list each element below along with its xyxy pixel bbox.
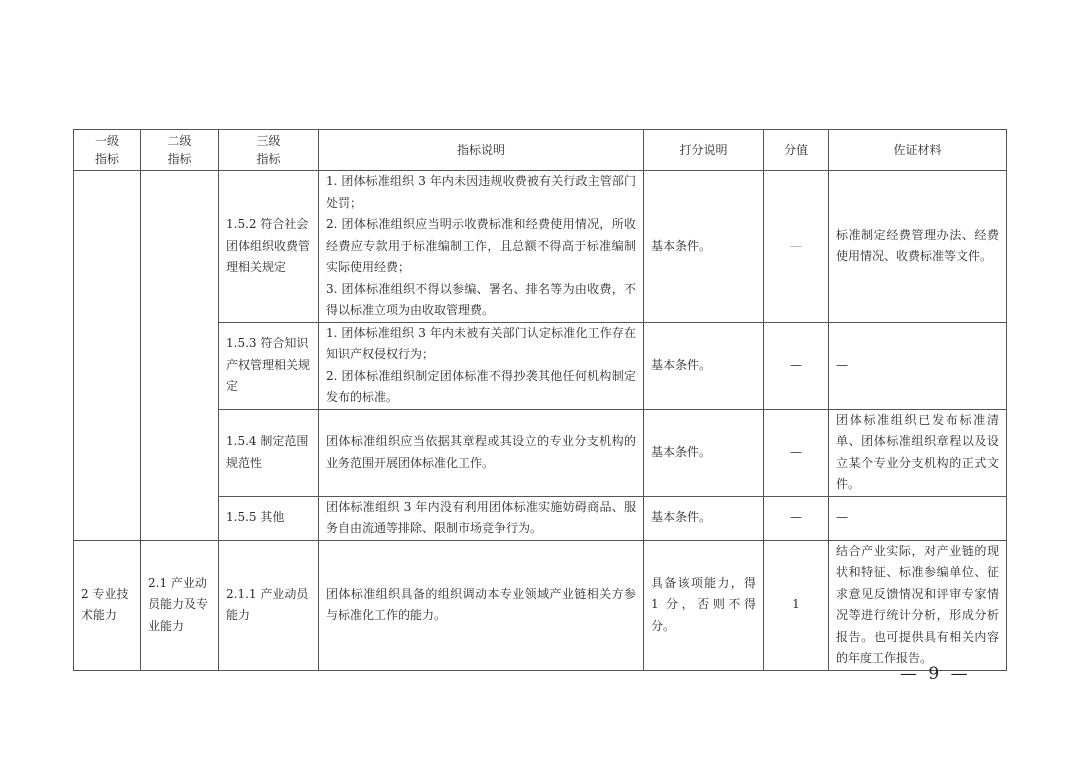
header-description: 指标说明 <box>319 130 644 171</box>
level3-cell: 1.5.5 其他 <box>219 496 319 540</box>
description-line: 1. 团体标准组织 3 年内未被有关部门认定标准化工作存在知识产权侵权行为； <box>326 323 636 366</box>
description-line: 1. 团体标准组织 3 年内未因违规收费被有关行政主管部门处罚； <box>326 171 636 214</box>
description-line: 团体标准组织具备的组织调动本专业领域产业链相关方参与标准化工作的能力。 <box>326 584 636 627</box>
evidence-cell: 标准制定经费管理办法、经费使用情况、收费标准等文件。 <box>829 171 1007 323</box>
table-row: 2 专业技术能力 2.1 产业动员能力及专业能力 2.1.1 产业动员能力 团体… <box>74 540 1007 670</box>
header-scoring: 打分说明 <box>644 130 764 171</box>
header-score: 分值 <box>764 130 829 171</box>
evidence-cell: 结合产业实际，对产业链的现状和特征、标准参编单位、征求意见反馈情况和评审专家情况… <box>829 540 1007 670</box>
level3-cell: 1.5.2 符合社会团体组织收费管理相关规定 <box>219 171 319 323</box>
header-level1: 一级指标 <box>74 130 141 171</box>
description-line: 3. 团体标准组织不得以参编、署名、排名等为由收费，不得以标准立项为由收取管理费… <box>326 279 636 322</box>
score-cell: — <box>764 322 829 409</box>
header-level2: 二级指标 <box>141 130 219 171</box>
score-cell: — <box>764 496 829 540</box>
description-cell: 1. 团体标准组织 3 年内未被有关部门认定标准化工作存在知识产权侵权行为； 2… <box>319 322 644 409</box>
level3-cell: 2.1.1 产业动员能力 <box>219 540 319 670</box>
table-header-row: 一级指标 二级指标 三级指标 指标说明 打分说明 分值 佐证材料 <box>74 130 1007 171</box>
header-level3: 三级指标 <box>219 130 319 171</box>
description-cell: 1. 团体标准组织 3 年内未因违规收费被有关行政主管部门处罚； 2. 团体标准… <box>319 171 644 323</box>
score-cell: 1 <box>764 540 829 670</box>
evidence-cell: — <box>829 322 1007 409</box>
evidence-cell: — <box>829 496 1007 540</box>
scoring-cell: 基本条件。 <box>644 322 764 409</box>
score-cell: — <box>764 171 829 323</box>
scoring-cell: 基本条件。 <box>644 496 764 540</box>
evidence-cell: 团体标准组织已发布标准清单、团体标准组织章程以及设立某个专业分支机构的正式文件。 <box>829 409 1007 496</box>
level3-cell: 1.5.3 符合知识产权管理相关规定 <box>219 322 319 409</box>
score-cell: — <box>764 409 829 496</box>
table-row: 1.5.2 符合社会团体组织收费管理相关规定 1. 团体标准组织 3 年内未因违… <box>74 171 1007 323</box>
description-cell: 团体标准组织应当依据其章程或其设立的专业分支机构的业务范围开展团体标准化工作。 <box>319 409 644 496</box>
scoring-cell: 基本条件。 <box>644 409 764 496</box>
description-line: 2. 团体标准组织应当明示收费标准和经费使用情况，所收经费应专款用于标准编制工作… <box>326 214 636 279</box>
level1-cell <box>74 171 141 541</box>
level1-cell: 2 专业技术能力 <box>74 540 141 670</box>
description-line: 团体标准组织 3 年内没有利用团体标准实施妨碍商品、服务自由流通等排除、限制市场… <box>326 497 636 540</box>
description-line: 2. 团体标准组织制定团体标准不得抄袭其他任何机构制定发布的标准。 <box>326 366 636 409</box>
description-cell: 团体标准组织 3 年内没有利用团体标准实施妨碍商品、服务自由流通等排除、限制市场… <box>319 496 644 540</box>
description-cell: 团体标准组织具备的组织调动本专业领域产业链相关方参与标准化工作的能力。 <box>319 540 644 670</box>
scoring-cell: 具备该项能力，得 1 分，否则不得分。 <box>644 540 764 670</box>
header-evidence: 佐证材料 <box>829 130 1007 171</box>
level3-cell: 1.5.4 制定范围规范性 <box>219 409 319 496</box>
level2-cell: 2.1 产业动员能力及专业能力 <box>141 540 219 670</box>
level2-cell <box>141 171 219 541</box>
standards-evaluation-table: 一级指标 二级指标 三级指标 指标说明 打分说明 分值 佐证材料 1.5.2 符… <box>73 129 1007 671</box>
description-line: 团体标准组织应当依据其章程或其设立的专业分支机构的业务范围开展团体标准化工作。 <box>326 431 636 474</box>
page-number: — 9 — <box>900 664 971 684</box>
scoring-cell: 基本条件。 <box>644 171 764 323</box>
